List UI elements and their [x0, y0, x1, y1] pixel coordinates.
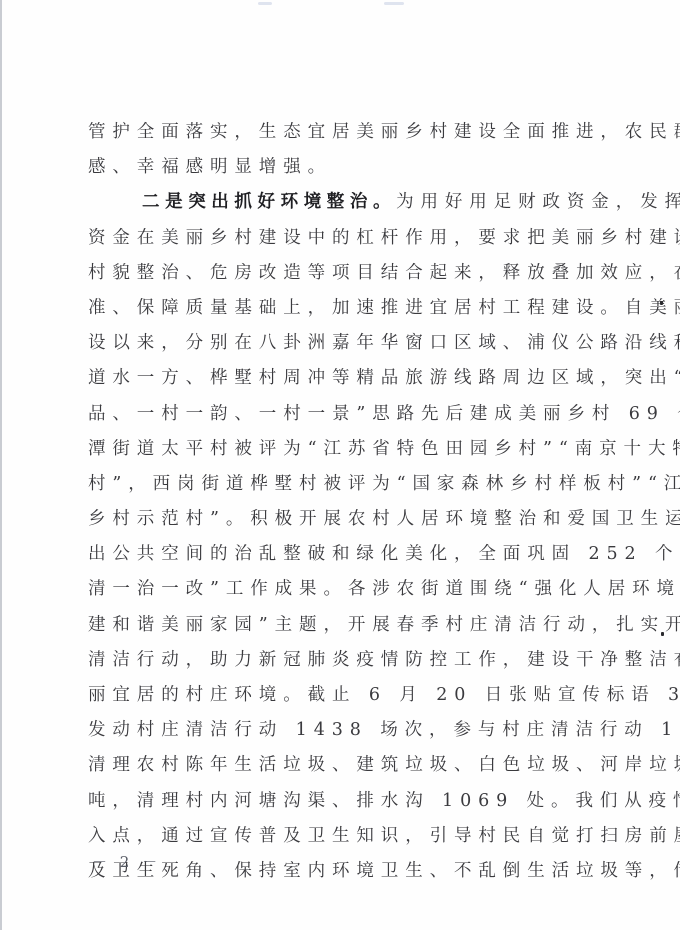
- scan-left-edge: [0, 0, 2, 930]
- text-line: 准、保障质量基础上，加速推进宜居村工程建设。自美丽乡村建: [88, 291, 604, 326]
- scan-artifact: [258, 2, 272, 5]
- text-line: 乡村示范村”。积极开展农村人居环境整治和爱国卫生运动，突: [88, 502, 604, 537]
- document-page: 管护全面落实，生态宜居美丽乡村建设全面推进，农民群众获得 感、幸福感明显增强。 …: [0, 0, 680, 930]
- text-line: 村貌整治、危房改造等项目结合起来，释放叠加效应，在严格标: [88, 256, 604, 291]
- text-line: 清洁行动，助力新冠肺炎疫情防控工作，建设干净整洁有序、美: [88, 643, 604, 678]
- text-line: 道水一方、桦墅村周冲等精品旅游线路周边区域，突出“一村一: [88, 361, 604, 396]
- scan-speck: [660, 301, 663, 305]
- text-line: 村”，西岗街道桦墅村被评为“国家森林乡村样板村”“江苏省美丽: [88, 467, 604, 502]
- text-line: 清一治一改”工作成果。各涉农街道围绕“强化人居环境整治、共: [88, 572, 604, 607]
- text-line: 入点，通过宣传普及卫生知识，引导村民自觉打扫房前屋后垃圾: [88, 819, 604, 854]
- text-line: 丽宜居的村庄环境。截止 6 月 20 日张贴宣传标语 371 条，宣传: [88, 678, 604, 713]
- scan-speck: [661, 632, 664, 636]
- text-line: 品、一村一韵、一村一景”思路先后建成美丽乡村 69 个，其中龙: [88, 397, 604, 432]
- paragraph-first-line: 二是突出抓好环境整治。为用好用足财政资金，发挥好财政: [88, 185, 604, 220]
- text-line: 及卫生死角、保持室内环境卫生、不乱倒生活垃圾等，借势借力: [88, 854, 604, 889]
- text-line: 潭街道太平村被评为“江苏省特色田园乡村”“南京十大特色乡: [88, 432, 604, 467]
- scan-speck: [659, 340, 662, 342]
- text-line: 设以来，分别在八卦洲嘉年华窗口区域、浦仪公路沿线和龙潭街: [88, 326, 604, 361]
- text-line: 吨，清理村内河塘沟渠、排水沟 1069 处。我们从疫情防控为切: [88, 784, 604, 819]
- text-line: 资金在美丽乡村建设中的杠杆作用，要求把美丽乡村建设与村容: [88, 221, 604, 256]
- text-line: 发动村庄清洁行动 1438 场次，参与村庄清洁行动 1.76 万人次，: [88, 713, 604, 748]
- text-line: 感、幸福感明显增强。: [88, 150, 604, 185]
- section-heading: 二是突出抓好环境整治。: [142, 192, 396, 212]
- text-line-rest: 为用好用足财政资金，发挥好财政: [396, 192, 680, 212]
- scan-artifact: [384, 2, 404, 5]
- text-line: 清理农村陈年生活垃圾、建筑垃圾、白色垃圾、河岸垃圾等 2699: [88, 748, 604, 783]
- text-line: 出公共空间的治乱整破和绿化美化，全面巩固 252 个自然村“四: [88, 537, 604, 572]
- body-text: 管护全面落实，生态宜居美丽乡村建设全面推进，农民群众获得 感、幸福感明显增强。 …: [88, 115, 604, 889]
- text-line: 管护全面落实，生态宜居美丽乡村建设全面推进，农民群众获得: [88, 115, 604, 150]
- text-line: 建和谐美丽家园”主题，开展春季村庄清洁行动，扎实开展村庄: [88, 608, 604, 643]
- page-number: － 2 －: [92, 851, 161, 872]
